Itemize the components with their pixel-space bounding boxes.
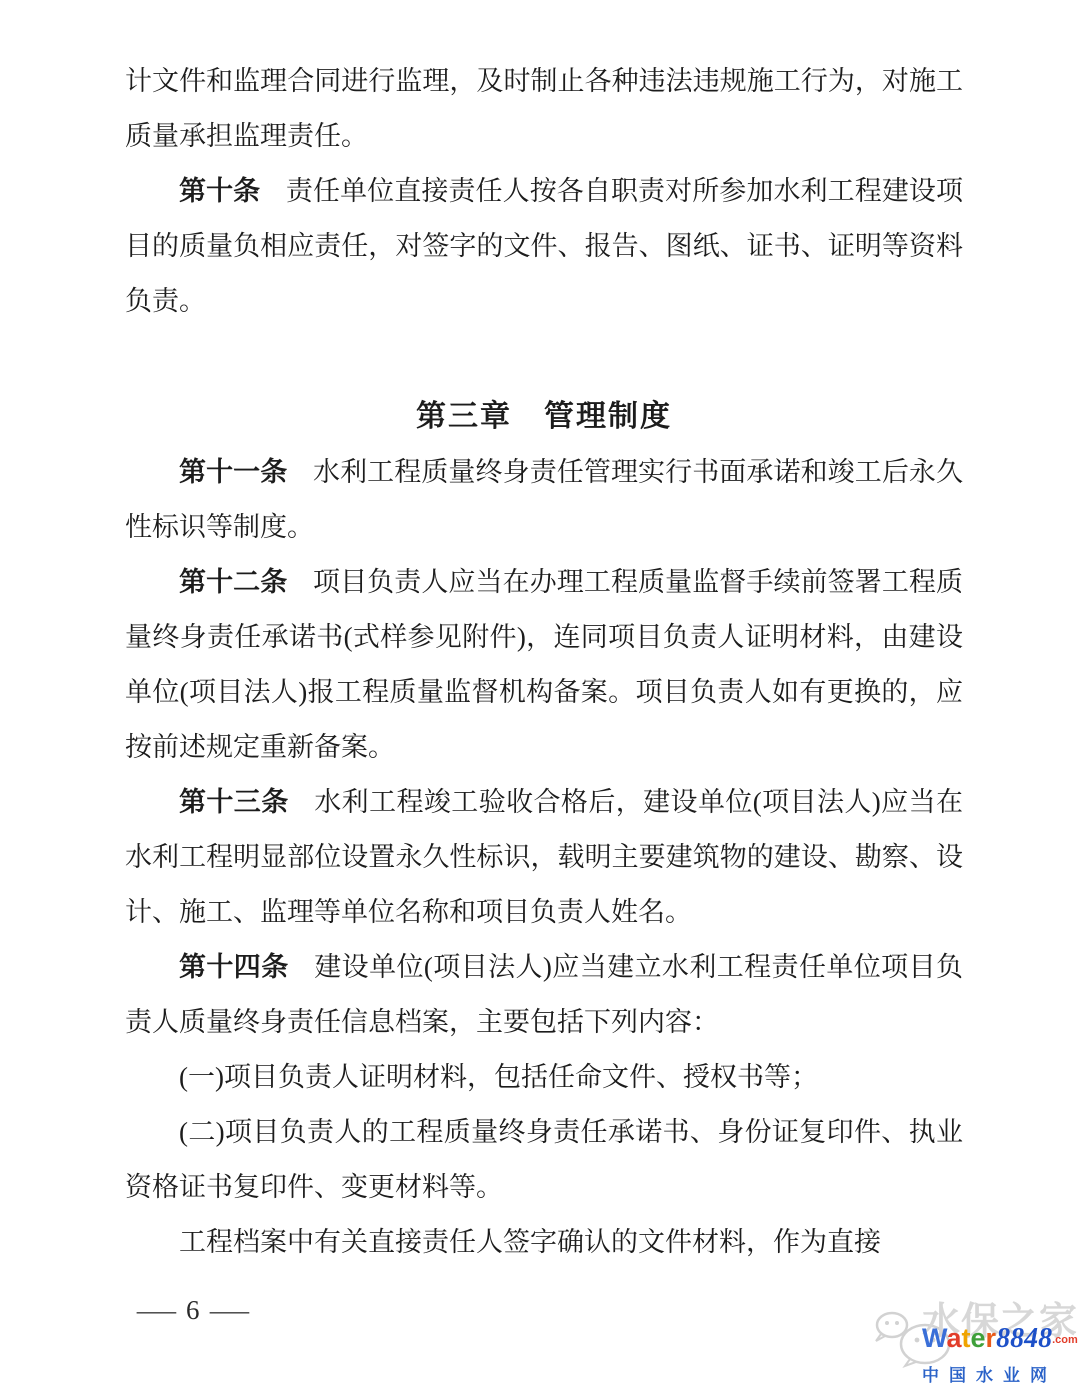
watermark-tagline: 中国水业网 bbox=[922, 1361, 1057, 1386]
paragraph-article-12: 第十二条项目负责人应当在办理工程质量监督手续前签署工程质量终身责任承诺书(式样参… bbox=[125, 555, 963, 775]
page-number-value: 6 bbox=[186, 1295, 200, 1325]
list-item-1: (一)项目负责人证明材料，包括任命文件、授权书等； bbox=[125, 1050, 963, 1105]
paragraph-text: 计文件和监理合同进行监理，及时制止各种违法违规施工行为，对施工质量承担监理责任。 bbox=[125, 66, 963, 151]
list-item-2: (二)项目负责人的工程质量终身责任承诺书、身份证复印件、执业资格证书复印件、变更… bbox=[125, 1105, 963, 1215]
paragraph-article-14: 第十四条建设单位(项目法人)应当建立水利工程责任单位项目负责人质量终身责任信息档… bbox=[125, 940, 963, 1050]
brand-tld: .com bbox=[1052, 1334, 1078, 1346]
watermark-brand-logo: Water8848.com bbox=[922, 1325, 1078, 1354]
article-number-label: 第十四条 bbox=[179, 952, 289, 982]
chapter-heading: 第三章 管理制度 bbox=[125, 389, 963, 445]
page-number-dash-left: — bbox=[137, 1295, 176, 1326]
article-number-label: 第十一条 bbox=[179, 457, 287, 487]
article-number-label: 第十二条 bbox=[179, 567, 287, 597]
brand-letter: W bbox=[922, 1323, 946, 1353]
paragraph-article-10: 第十条责任单位直接责任人按各自职责对所参加水利工程建设项目的质量负相应责任，对签… bbox=[125, 164, 963, 329]
paragraph-article-13: 第十三条水利工程竣工验收合格后，建设单位(项目法人)应当在水利工程明显部位设置永… bbox=[125, 775, 963, 940]
page-number-dash-right: — bbox=[209, 1295, 248, 1326]
paragraph-text: 工程档案中有关直接责任人签字确认的文件材料，作为直接 bbox=[179, 1227, 881, 1257]
document-page: 计文件和监理合同进行监理，及时制止各种违法违规施工行为，对施工质量承担监理责任。… bbox=[0, 0, 1080, 1388]
document-body: 计文件和监理合同进行监理，及时制止各种违法违规施工行为，对施工质量承担监理责任。… bbox=[125, 54, 963, 1270]
paragraph-text: (一)项目负责人证明材料，包括任命文件、授权书等； bbox=[179, 1062, 818, 1092]
brand-letter: e bbox=[971, 1323, 986, 1353]
brand-letter: t bbox=[962, 1323, 971, 1353]
brand-letter: a bbox=[946, 1323, 961, 1353]
closing-paragraph: 工程档案中有关直接责任人签字确认的文件材料，作为直接 bbox=[125, 1215, 963, 1270]
paragraph-text: (二)项目负责人的工程质量终身责任承诺书、身份证复印件、执业资格证书复印件、变更… bbox=[125, 1117, 963, 1202]
page-number: —6— bbox=[143, 1295, 243, 1326]
paragraph-article-11: 第十一条水利工程质量终身责任管理实行书面承诺和竣工后永久性标识等制度。 bbox=[125, 445, 963, 555]
article-number-label: 第十三条 bbox=[179, 787, 289, 817]
brand-number: 8848 bbox=[996, 1323, 1052, 1354]
paragraph-continuation: 计文件和监理合同进行监理，及时制止各种违法违规施工行为，对施工质量承担监理责任。 bbox=[125, 54, 963, 164]
article-number-label: 第十条 bbox=[179, 176, 260, 206]
watermark: 水保之家 Water8848.com 中国水业网 bbox=[864, 1292, 1078, 1386]
brand-letter: r bbox=[986, 1323, 997, 1353]
